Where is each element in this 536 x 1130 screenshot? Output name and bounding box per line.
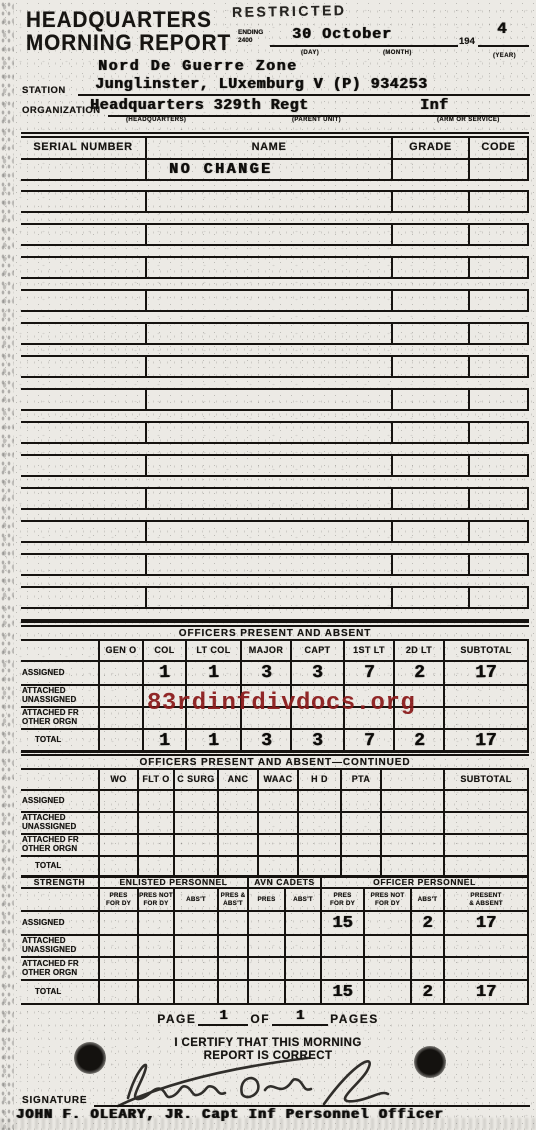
value: 1 [159, 664, 170, 682]
punch-hole-left [74, 1042, 106, 1074]
cell: 1 [185, 662, 240, 684]
cell [468, 225, 529, 244]
cell [21, 390, 145, 409]
col-header: 2D LT [406, 646, 432, 655]
pages-label: PAGES [330, 1012, 379, 1026]
cell [443, 686, 529, 706]
data-row: ATTACHED FR OTHER ORGN [21, 958, 529, 981]
spacer-row [21, 543, 529, 555]
cell [380, 835, 443, 855]
sub-col-header: PRES [258, 896, 276, 904]
spacer-row [21, 378, 529, 390]
value: 1 [159, 731, 170, 749]
cell: C SURG [173, 770, 217, 789]
cell: GRADE [391, 138, 468, 158]
col-header: H D [311, 775, 328, 784]
table-title: OFFICERS PRESENT AND ABSENT [21, 627, 529, 641]
cell [443, 813, 529, 833]
cell [391, 588, 468, 607]
roster-header-row: SERIAL NUMBERNAMEGRADECODE [21, 138, 529, 160]
cell [173, 791, 217, 811]
cell [21, 324, 145, 343]
cell [98, 912, 137, 934]
roster-empty-row [21, 456, 529, 477]
cell [340, 835, 380, 855]
page-label: PAGE [157, 1012, 196, 1026]
roster-empty-row [21, 522, 529, 543]
spacer-row [21, 312, 529, 324]
cell [98, 835, 137, 855]
ending-time: 2400 [238, 37, 252, 44]
cell [217, 936, 247, 956]
spacer-row [21, 181, 529, 192]
value: 17 [476, 915, 496, 932]
group-cell: AVN CADETS [247, 877, 320, 887]
cell [173, 835, 217, 855]
cell [284, 912, 320, 934]
signed-name: JOHN F. OLEARY, JR. Capt Inf Personnel O… [16, 1108, 534, 1123]
col-header: WO [110, 775, 126, 784]
group-cell: ENLISTED PERSONNEL [98, 877, 247, 887]
cell [247, 981, 284, 1003]
data-row: ATTACHED UNASSIGNED [21, 936, 529, 958]
page-value: 1 [219, 1008, 227, 1024]
row-label: ATTACHED FR OTHER ORGN [21, 960, 79, 978]
cell: PRESENT & ABSENT [443, 889, 529, 910]
officers-continued-table: OFFICERS PRESENT AND ABSENT—CONTINUEDWOF… [21, 750, 529, 878]
cell: SUBTOTAL [443, 641, 529, 660]
cell [468, 324, 529, 343]
watermark: 83rdinfdivdocs.org [147, 690, 415, 717]
sub-col-header: ABS'T [186, 896, 206, 904]
page-number-line: PAGE 1 OF 1 PAGES [0, 1006, 536, 1026]
cell [217, 791, 257, 811]
roster-empty-row [21, 357, 529, 378]
spacer-row [21, 213, 529, 225]
cell [443, 708, 529, 728]
data-row: ASSIGNED11337217 [21, 662, 529, 686]
row-label: ASSIGNED [21, 797, 65, 806]
cell [391, 324, 468, 343]
cell [173, 936, 217, 956]
cell: 17 [443, 912, 529, 934]
cell: ATTACHED UNASSIGNED [21, 813, 98, 833]
cell: ABS'T [173, 889, 217, 910]
cell [468, 258, 529, 277]
group-label: AVN CADETS [254, 877, 315, 887]
roster-empty-row [21, 390, 529, 411]
spacer-row [21, 477, 529, 489]
cell [145, 258, 391, 277]
col-header: LT COL [196, 646, 230, 655]
roster-col-header: GRADE [409, 142, 452, 154]
form-title-line2: MORNING REPORT [26, 30, 231, 56]
roster-col-header: CODE [481, 142, 515, 154]
roster-empty-row [21, 291, 529, 312]
roster-empty-row [21, 555, 529, 576]
cell [468, 291, 529, 310]
cell: 17 [443, 981, 529, 1003]
sub-col-header: ABS'T [418, 896, 438, 904]
cell [443, 936, 529, 956]
cell [21, 225, 145, 244]
cell: 1 [142, 662, 185, 684]
cell: ASSIGNED [21, 662, 98, 684]
cell: NO CHANGE [145, 160, 391, 179]
arm-sublabel: (ARM OR SERVICE) [437, 117, 500, 123]
cell: 3 [240, 662, 290, 684]
cell [217, 813, 257, 833]
cell: 2 [410, 981, 443, 1003]
cell [391, 291, 468, 310]
cell [340, 813, 380, 833]
column-header-row: GEN OCOLLT COLMAJORCAPT1ST LT2D LTSUBTOT… [21, 641, 529, 662]
sub-col-header: PRES FOR DY [106, 892, 131, 907]
value: 7 [363, 731, 374, 749]
station-label: STATION [22, 85, 66, 96]
spacer-row [21, 510, 529, 522]
zone-field: Nord De Guerre Zone [98, 58, 298, 75]
spacer-row [21, 279, 529, 291]
cell [137, 936, 173, 956]
value: 3 [260, 664, 271, 682]
cell [21, 291, 145, 310]
row-label: TOTAL [21, 988, 61, 997]
cell [21, 160, 145, 179]
cell [217, 857, 257, 876]
cell [468, 489, 529, 508]
cell: 3 [290, 730, 343, 751]
cell [98, 686, 142, 706]
cell: FLT O [137, 770, 173, 789]
cell [391, 160, 468, 179]
cell [443, 857, 529, 876]
cell: ANC [217, 770, 257, 789]
cell [21, 588, 145, 607]
cell [363, 912, 410, 934]
value: 17 [476, 984, 496, 1001]
cell: CODE [468, 138, 529, 158]
classification-stamp: RESTRICTED [232, 2, 347, 20]
cell [391, 225, 468, 244]
cell [363, 981, 410, 1003]
cell [98, 791, 137, 811]
cell [468, 588, 529, 607]
cell [145, 555, 391, 574]
cell [468, 160, 529, 179]
cell [247, 936, 284, 956]
cell [247, 958, 284, 979]
sub-col-header: PRESENT & ABSENT [469, 892, 503, 907]
ending-label: ENDING 2400 [238, 29, 263, 45]
row-label: ATTACHED UNASSIGNED [21, 814, 76, 832]
cell: WO [98, 770, 137, 789]
cell [320, 936, 363, 956]
roster-col-header: SERIAL NUMBER [33, 142, 132, 154]
cell [380, 857, 443, 876]
cell [21, 423, 145, 442]
spacer-row [21, 411, 529, 423]
parent-unit-sublabel: (PARENT UNIT) [292, 117, 341, 123]
roster-empty-row [21, 489, 529, 510]
cell: ATTACHED UNASSIGNED [21, 936, 98, 956]
cell [98, 981, 137, 1003]
spacer-row [21, 576, 529, 588]
value: 2 [422, 915, 432, 932]
col-header: ANC [228, 775, 249, 784]
cell: TOTAL [21, 730, 98, 751]
cell [98, 662, 142, 684]
cell [391, 258, 468, 277]
roster-empty-row [21, 192, 529, 213]
morning-report-scan: RESTRICTED HEADQUARTERS MORNING REPORT E… [0, 0, 536, 1130]
cell: LT COL [185, 641, 240, 660]
data-row: ASSIGNED [21, 791, 529, 813]
table-title: OFFICERS PRESENT AND ABSENT—CONTINUED [21, 756, 529, 770]
cell: 2 [393, 730, 443, 751]
row-label: ATTACHED FR OTHER ORGN [21, 709, 79, 727]
col-header: CAPT [304, 646, 330, 655]
cell: ASSIGNED [21, 912, 98, 934]
signature [112, 1046, 412, 1110]
row-label: ASSIGNED [21, 669, 65, 678]
year-prefix: 194 [459, 36, 475, 47]
ending-word: ENDING [238, 29, 263, 36]
cell: CAPT [290, 641, 343, 660]
row-label: ASSIGNED [21, 919, 65, 928]
cell: PTA [340, 770, 380, 789]
cell [217, 958, 247, 979]
cell [145, 192, 391, 211]
sub-col-header: PRES NOT FOR DY [371, 892, 405, 907]
cell: ATTACHED FR OTHER ORGN [21, 958, 98, 979]
cell [284, 981, 320, 1003]
cell [145, 456, 391, 475]
col-header: 1ST LT [353, 646, 385, 655]
organization-label: ORGANIZATION [22, 105, 101, 116]
value: 15 [332, 984, 352, 1001]
cell [98, 857, 137, 876]
cell [257, 857, 297, 876]
cell: 15 [320, 912, 363, 934]
roster-empty-row [21, 258, 529, 279]
cell [98, 958, 137, 979]
roster-table: SERIAL NUMBERNAMEGRADECODENO CHANGE [21, 132, 529, 621]
cell: ATTACHED UNASSIGNED [21, 686, 98, 706]
cell [380, 813, 443, 833]
date-underline [270, 45, 458, 47]
sub-col-header: ABS'T [293, 896, 313, 904]
cell [297, 835, 340, 855]
group-label: ENLISTED PERSONNEL [119, 877, 227, 887]
cell: 2D LT [393, 641, 443, 660]
sub-header-row: PRES FOR DYPRES NOT FOR DYABS'TPRES & AB… [21, 889, 529, 912]
cell [145, 522, 391, 541]
col-header: MAJOR [249, 646, 284, 655]
cell [21, 258, 145, 277]
cell [380, 770, 443, 789]
data-row: ATTACHED UNASSIGNED [21, 813, 529, 835]
group-cell: OFFICER PERSONNEL [320, 877, 529, 887]
value: 17 [475, 731, 497, 749]
cell: PRES NOT FOR DY [137, 889, 173, 910]
cell [363, 958, 410, 979]
cell [21, 456, 145, 475]
spacer-row [21, 345, 529, 357]
table-title-text: OFFICERS PRESENT AND ABSENT [179, 628, 371, 639]
cell: 7 [343, 730, 393, 751]
cell [145, 324, 391, 343]
value: 3 [312, 664, 323, 682]
cell [145, 291, 391, 310]
roster-col-header: NAME [252, 142, 287, 154]
column-header-row: WOFLT OC SURGANCWAACH DPTASUBTOTAL [21, 770, 529, 791]
cell: 17 [443, 730, 529, 751]
roster-empty-row [21, 225, 529, 246]
table-title-text: OFFICERS PRESENT AND ABSENT—CONTINUED [140, 757, 411, 768]
cell: 17 [443, 662, 529, 684]
punch-hole-right [414, 1046, 446, 1078]
cell: SUBTOTAL [443, 770, 529, 789]
col-header: COL [154, 646, 174, 655]
cell [468, 390, 529, 409]
cell [173, 912, 217, 934]
cell: PRES [247, 889, 284, 910]
cell: ASSIGNED [21, 791, 98, 811]
cell [145, 225, 391, 244]
month-sublabel: (MONTH) [383, 50, 412, 56]
cell: TOTAL [21, 857, 98, 876]
cell [137, 791, 173, 811]
cell [391, 522, 468, 541]
officers-table: OFFICERS PRESENT AND ABSENTGEN OCOLLT CO… [21, 621, 529, 753]
row-label: TOTAL [21, 862, 61, 871]
group-label: OFFICER PERSONNEL [373, 877, 476, 887]
cell [145, 357, 391, 376]
cell: 1 [142, 730, 185, 751]
data-row: TOTAL15217 [21, 981, 529, 1005]
year-sublabel: (YEAR) [493, 53, 516, 59]
pages-value: 1 [296, 1008, 304, 1024]
cell [173, 981, 217, 1003]
cell: 2 [393, 662, 443, 684]
roster-entry: NO CHANGE [169, 161, 273, 178]
date-field: 30 October [292, 26, 392, 43]
arm-field: Inf [420, 97, 449, 114]
row-label: ATTACHED UNASSIGNED [21, 687, 76, 705]
cell: GEN O [98, 641, 142, 660]
value: 17 [475, 664, 497, 682]
col-header: FLT O [142, 775, 169, 784]
cell: ATTACHED FR OTHER ORGN [21, 835, 98, 855]
value: 2 [413, 731, 424, 749]
cell [284, 936, 320, 956]
cell [217, 912, 247, 934]
cell [391, 456, 468, 475]
cell [173, 857, 217, 876]
cell [380, 791, 443, 811]
value: 1 [208, 664, 219, 682]
cell [284, 958, 320, 979]
value: 7 [363, 664, 374, 682]
sub-col-header: PRES NOT FOR DY [139, 892, 173, 907]
cell: 3 [240, 730, 290, 751]
cell [98, 730, 142, 751]
cell [410, 958, 443, 979]
cell [468, 192, 529, 211]
cell [340, 857, 380, 876]
cell [410, 936, 443, 956]
cell [98, 708, 142, 728]
strength-corner-label: STRENGTH [34, 877, 86, 887]
station-field: Junglinster, LUxemburg V (P) 934253 [95, 76, 428, 93]
cell [21, 357, 145, 376]
cell [21, 522, 145, 541]
cell: STRENGTH [21, 877, 98, 887]
cell: 7 [343, 662, 393, 684]
value: 2 [422, 984, 432, 1001]
cell [145, 390, 391, 409]
sub-col-header: PRES FOR DY [330, 892, 355, 907]
row-label: ATTACHED UNASSIGNED [21, 937, 76, 955]
organization-field: Headquarters 329th Regt [90, 97, 309, 114]
cell: SERIAL NUMBER [21, 138, 145, 158]
col-header: SUBTOTAL [460, 646, 511, 655]
cell [443, 958, 529, 979]
cell [468, 555, 529, 574]
cell: PRES & ABS'T [217, 889, 247, 910]
cell: 3 [290, 662, 343, 684]
cell [297, 791, 340, 811]
cell [247, 912, 284, 934]
cell [173, 813, 217, 833]
cell [468, 423, 529, 442]
cell [443, 835, 529, 855]
cell [217, 981, 247, 1003]
roster-empty-row [21, 324, 529, 345]
value: 3 [260, 731, 271, 749]
cell [363, 936, 410, 956]
cell: 15 [320, 981, 363, 1003]
cell [297, 813, 340, 833]
value: 3 [312, 731, 323, 749]
cell [391, 489, 468, 508]
cell [297, 857, 340, 876]
col-header: GEN O [105, 646, 136, 655]
day-sublabel: (DAY) [301, 50, 319, 56]
cell [145, 489, 391, 508]
cell [21, 641, 98, 660]
strength-table: STRENGTHENLISTED PERSONNELAVN CADETSOFFI… [21, 875, 529, 1005]
sub-col-header: PRES & ABS'T [221, 892, 246, 907]
cell [145, 423, 391, 442]
row-label: ATTACHED FR OTHER ORGN [21, 836, 79, 854]
cell [21, 489, 145, 508]
cell: ABS'T [284, 889, 320, 910]
cell [98, 813, 137, 833]
cell: H D [297, 770, 340, 789]
cell [257, 791, 297, 811]
signature-label: SIGNATURE [22, 1095, 87, 1106]
of-label: OF [250, 1012, 270, 1026]
cell [468, 357, 529, 376]
year-field: 4 [497, 20, 507, 38]
col-header: PTA [352, 775, 371, 784]
cell: 1ST LT [343, 641, 393, 660]
cell [137, 958, 173, 979]
cell [137, 981, 173, 1003]
spacer-row [21, 444, 529, 456]
